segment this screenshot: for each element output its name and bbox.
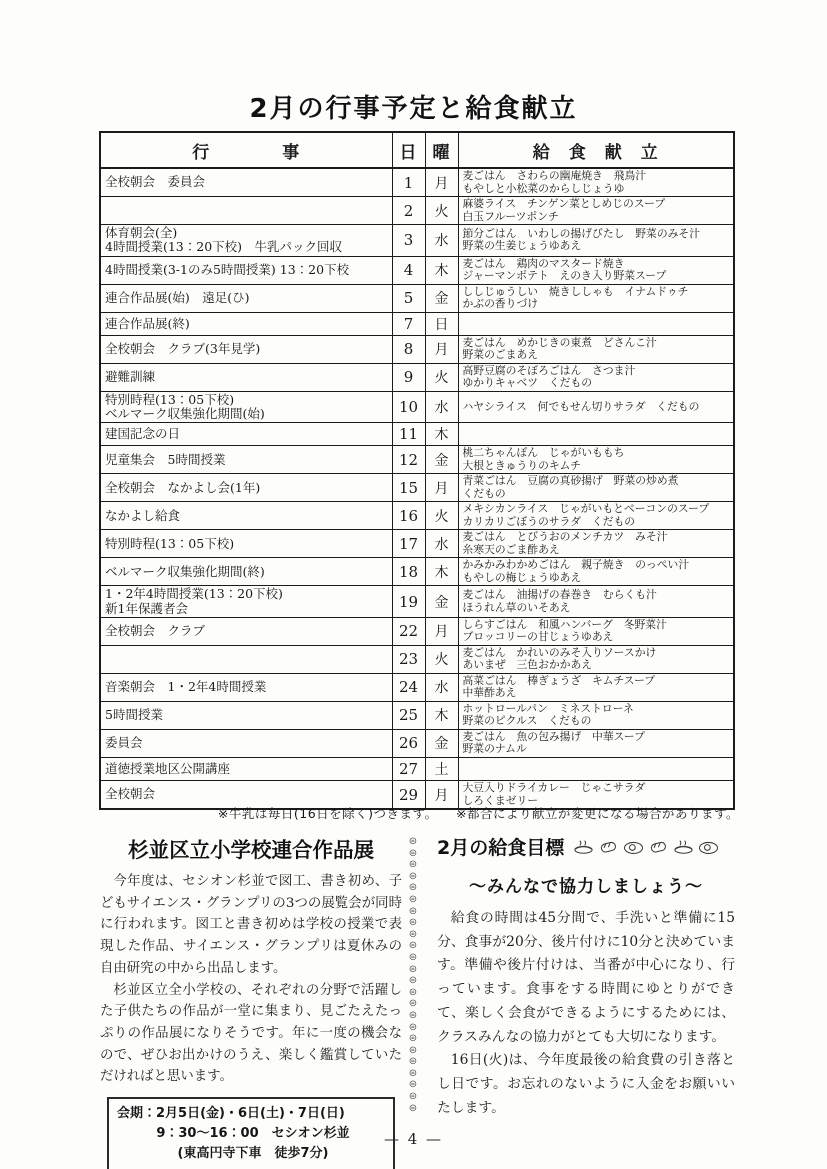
- day-cell: 24: [392, 673, 425, 701]
- table-row: 連合作品展(終)7日: [100, 312, 734, 335]
- weekday-cell: 火: [425, 645, 458, 673]
- lunch-goal-body: 給食の時間は45分間で、手洗いと準備に15分、食事が20分、後片付けに10分と決…: [437, 907, 735, 1120]
- event-cell: 全校朝会 クラブ: [100, 617, 392, 645]
- day-cell: 26: [392, 729, 425, 757]
- page-number: — 4 —: [0, 1130, 827, 1148]
- day-cell: 19: [392, 586, 425, 618]
- weekday-cell: 水: [425, 530, 458, 558]
- menu-cell: 麦ごはん めかじきの東煮 どさんこ汁野菜のごまあえ: [458, 335, 734, 363]
- menu-cell: かみかみわかめごはん 親子焼き のっぺい汁もやしの梅じょうゆあえ: [458, 558, 734, 586]
- weekday-cell: 月: [425, 474, 458, 502]
- table-row: 全校朝会 クラブ22月しらすごはん 和風ハンバーグ 冬野菜汁ブロッコリーの甘じょ…: [100, 617, 734, 645]
- croquette-icon: [647, 837, 670, 856]
- event-cell: 全校朝会 委員会: [100, 168, 392, 197]
- event-cell: 建国記念の日: [100, 423, 392, 446]
- menu-cell: [458, 423, 734, 446]
- lunch-goal-subtitle: ～みんなで協力しましょう～: [437, 872, 735, 897]
- table-row: なかよし給食16火メキシカンライス じゃがいもとベーコンのスープカリカリごぼうの…: [100, 502, 734, 530]
- event-cell: 体育朝会(全)4時間授業(13：20下校) 牛乳パック回収: [100, 225, 392, 257]
- menu-cell: しらすごはん 和風ハンバーグ 冬野菜汁ブロッコリーの甘じょうゆあえ: [458, 617, 734, 645]
- event-cell: 児童集会 5時間授業: [100, 446, 392, 474]
- weekday-cell: 火: [425, 363, 458, 391]
- event-cell: 特別時程(13：05下校): [100, 530, 392, 558]
- menu-cell: 節分ごはん いわしの揚げびたし 野菜のみそ汁野菜の生姜じょうゆあえ: [458, 225, 734, 257]
- event-cell: ベルマーク収集強化期間(終): [100, 558, 392, 586]
- day-cell: 11: [392, 423, 425, 446]
- day-cell: 17: [392, 530, 425, 558]
- menu-cell: [458, 312, 734, 335]
- weekday-cell: 水: [425, 673, 458, 701]
- table-header-row: 行 事 日 曜 給 食 献 立: [100, 132, 734, 168]
- table-row: 連合作品展(始) 遠足(ひ)5金ししじゅうしい 焼きししゃも イナムドゥチかぶの…: [100, 284, 734, 312]
- table-row: 避難訓練9火高野豆腐のそぼろごはん さつま汁ゆかりキャベツ くだもの: [100, 363, 734, 391]
- header-event: 行 事: [100, 132, 392, 168]
- lunch-goal-header: 2月の給食目標: [437, 833, 735, 860]
- weekday-cell: 火: [425, 197, 458, 225]
- section-divider: ⊜⊜⊜⊜⊜⊜⊜⊜⊜⊜⊜⊜⊜⊜⊜⊜⊜⊜⊜⊜⊜⊜⊜⊜: [404, 836, 422, 1116]
- day-cell: 9: [392, 363, 425, 391]
- table-row: 4時間授業(3-1のみ5時間授業) 13：20下校4木麦ごはん 鶏肉のマスタード…: [100, 256, 734, 284]
- menu-cell: 麦ごはん 魚の包み揚げ 中華スープ野菜のナムル: [458, 729, 734, 757]
- milk-note: ※牛乳は毎日(16日を除く)つきます。: [218, 806, 438, 821]
- event-cell: 避難訓練: [100, 363, 392, 391]
- table-row: 23火麦ごはん かれいのみそ入りソースかけあいまぜ 三色おかかあえ: [100, 645, 734, 673]
- table-row: ベルマーク収集強化期間(終)18木かみかみわかめごはん 親子焼き のっぺい汁もや…: [100, 558, 734, 586]
- weekday-cell: 木: [425, 423, 458, 446]
- newsletter-page: { "page": { "title": "2月の行事予定と給食献立", "no…: [0, 0, 827, 1169]
- table-row: 5時間授業25木ホットロールパン ミネストローネ野菜のピクルス くだもの: [100, 701, 734, 729]
- table-row: 1・2年4時間授業(13：20下校)新1年保護者会19金麦ごはん 油揚げの春巻き…: [100, 586, 734, 618]
- day-cell: 12: [392, 446, 425, 474]
- event-cell: 全校朝会 なかよし会(1年): [100, 474, 392, 502]
- menu-cell: 青菜ごはん 豆腐の真砂揚げ 野菜の炒め煮くだもの: [458, 474, 734, 502]
- day-cell: 4: [392, 256, 425, 284]
- table-row: 道徳授業地区公開講座27土: [100, 758, 734, 781]
- table-row: 音楽朝会 1・2年4時間授業24水高菜ごはん 棒ぎょうざ キムチスープ中華酢あえ: [100, 673, 734, 701]
- table-footnotes: ※牛乳は毎日(16日を除く)つきます。 ※都合により献立が変更になる場合がありま…: [99, 804, 739, 822]
- menu-cell: [458, 758, 734, 781]
- table-row: 全校朝会 委員会1月麦ごはん さわらの幽庵焼き 飛鳥汁もやしと小松菜のからしじょ…: [100, 168, 734, 197]
- event-cell: 連合作品展(始) 遠足(ひ): [100, 284, 392, 312]
- day-cell: 5: [392, 284, 425, 312]
- weekday-cell: 日: [425, 312, 458, 335]
- weekday-cell: 金: [425, 446, 458, 474]
- table-row: 2火麻婆ライス チンゲン菜としめじのスープ白玉フルーツポンチ: [100, 197, 734, 225]
- header-menu: 給 食 献 立: [458, 132, 734, 168]
- event-cell: 特別時程(13：05下校)ベルマーク収集強化期間(始): [100, 391, 392, 423]
- weekday-cell: 月: [425, 168, 458, 197]
- day-cell: 27: [392, 758, 425, 781]
- exhibition-paragraph: 杉並区立全小学校の、それぞれの分野で活躍した子供たちの作品が一堂に集まり、見ごた…: [100, 980, 402, 1089]
- day-cell: 22: [392, 617, 425, 645]
- weekday-cell: 木: [425, 256, 458, 284]
- table-row: 体育朝会(全)4時間授業(13：20下校) 牛乳パック回収3水節分ごはん いわし…: [100, 225, 734, 257]
- weekday-cell: 金: [425, 284, 458, 312]
- weekday-cell: 金: [425, 586, 458, 618]
- event-cell: 音楽朝会 1・2年4時間授業: [100, 673, 392, 701]
- day-cell: 15: [392, 474, 425, 502]
- weekday-cell: 月: [425, 335, 458, 363]
- menu-cell: 麦ごはん 鶏肉のマスタード焼きジャーマンポテト えのき入り野菜スープ: [458, 256, 734, 284]
- steam-dish-icon: [672, 837, 695, 856]
- schedule-table: 行 事 日 曜 給 食 献 立 全校朝会 委員会1月麦ごはん さわらの幽庵焼き …: [99, 131, 735, 810]
- day-cell: 23: [392, 645, 425, 673]
- event-cell: 4時間授業(3-1のみ5時間授業) 13：20下校: [100, 256, 392, 284]
- weekday-cell: 木: [425, 701, 458, 729]
- day-cell: 3: [392, 225, 425, 257]
- weekday-cell: 木: [425, 558, 458, 586]
- lunch-goal-title: 2月の給食目標: [437, 833, 564, 860]
- menu-cell: 麦ごはん かれいのみそ入りソースかけあいまぜ 三色おかかあえ: [458, 645, 734, 673]
- event-cell: [100, 197, 392, 225]
- table-row: 特別時程(13：05下校)ベルマーク収集強化期間(始)10水ハヤシライス 何でも…: [100, 391, 734, 423]
- lunch-goal-paragraph: 給食の時間は45分間で、手洗いと準備に15分、食事が20分、後片付けに10分と決…: [437, 907, 735, 1049]
- weekday-cell: 水: [425, 391, 458, 423]
- menu-cell: 高菜ごはん 棒ぎょうざ キムチスープ中華酢あえ: [458, 673, 734, 701]
- menu-cell: 麦ごはん 油揚げの春巻き むらくも汁ほうれん草のいそあえ: [458, 586, 734, 618]
- food-icons-row: [572, 837, 735, 856]
- header-weekday: 曜: [425, 132, 458, 168]
- weekday-cell: 水: [425, 225, 458, 257]
- event-cell: 連合作品展(終): [100, 312, 392, 335]
- day-cell: 16: [392, 502, 425, 530]
- menu-cell: 麦ごはん さわらの幽庵焼き 飛鳥汁もやしと小松菜のからしじょうゆ: [458, 168, 734, 197]
- table-row: 委員会26金麦ごはん 魚の包み揚げ 中華スープ野菜のナムル: [100, 729, 734, 757]
- exhibition-section: 杉並区立小学校連合作品展 今年度は、セシオン杉並で図工、書き初め、子どもサイエン…: [100, 833, 402, 1169]
- table-row: 特別時程(13：05下校)17水麦ごはん とびうおのメンチカツ みそ汁糸寒天のご…: [100, 530, 734, 558]
- event-cell: 全校朝会 クラブ(3年見学): [100, 335, 392, 363]
- page-title: 2月の行事予定と給食献立: [0, 88, 827, 125]
- menu-cell: 麻婆ライス チンゲン菜としめじのスープ白玉フルーツポンチ: [458, 197, 734, 225]
- event-cell: 委員会: [100, 729, 392, 757]
- day-cell: 25: [392, 701, 425, 729]
- menu-cell: ハヤシライス 何でもせん切りサラダ くだもの: [458, 391, 734, 423]
- menu-change-note: ※都合により献立が変更になる場合があります。: [456, 806, 739, 821]
- lunch-goal-paragraph: 16日(火)は、今年度最後の給食費の引き落とし日です。お忘れのないように入金をお…: [437, 1049, 735, 1120]
- event-cell: 道徳授業地区公開講座: [100, 758, 392, 781]
- day-cell: 1: [392, 168, 425, 197]
- weekday-cell: 月: [425, 617, 458, 645]
- fried-egg-icon: [697, 837, 720, 856]
- event-cell: [100, 645, 392, 673]
- day-cell: 2: [392, 197, 425, 225]
- header-day: 日: [392, 132, 425, 168]
- event-cell: なかよし給食: [100, 502, 392, 530]
- weekday-cell: 土: [425, 758, 458, 781]
- event-cell: 1・2年4時間授業(13：20下校)新1年保護者会: [100, 586, 392, 618]
- menu-cell: メキシカンライス じゃがいもとベーコンのスープカリカリごぼうのサラダ くだもの: [458, 502, 734, 530]
- table-row: 全校朝会 なかよし会(1年)15月青菜ごはん 豆腐の真砂揚げ 野菜の炒め煮くだも…: [100, 474, 734, 502]
- schedule-table-body: 全校朝会 委員会1月麦ごはん さわらの幽庵焼き 飛鳥汁もやしと小松菜のからしじょ…: [100, 168, 734, 809]
- croquette-icon: [597, 837, 620, 856]
- day-cell: 10: [392, 391, 425, 423]
- menu-cell: 高野豆腐のそぼろごはん さつま汁ゆかりキャベツ くだもの: [458, 363, 734, 391]
- fried-egg-icon: [622, 837, 645, 856]
- weekday-cell: 火: [425, 502, 458, 530]
- table-row: 全校朝会 クラブ(3年見学)8月麦ごはん めかじきの東煮 どさんこ汁野菜のごまあ…: [100, 335, 734, 363]
- menu-cell: 桃二ちゃんぽん じゃがいももち大根ときゅうりのキムチ: [458, 446, 734, 474]
- table-row: 児童集会 5時間授業12金桃二ちゃんぽん じゃがいももち大根ときゅうりのキムチ: [100, 446, 734, 474]
- steam-dish-icon: [572, 837, 595, 856]
- menu-cell: 麦ごはん とびうおのメンチカツ みそ汁糸寒天のごま酢あえ: [458, 530, 734, 558]
- day-cell: 18: [392, 558, 425, 586]
- weekday-cell: 金: [425, 729, 458, 757]
- day-cell: 7: [392, 312, 425, 335]
- exhibition-title: 杉並区立小学校連合作品展: [100, 833, 402, 863]
- exhibition-box-line: 会期：2月5日(金)・6日(土)・7日(日): [117, 1104, 389, 1124]
- lunch-goal-section: 2月の給食目標 ～みんなで協力しましょう～ 給食の時間は45分間で、手洗いと準備…: [437, 833, 735, 1120]
- table-row: 建国記念の日11木: [100, 423, 734, 446]
- day-cell: 8: [392, 335, 425, 363]
- event-cell: 5時間授業: [100, 701, 392, 729]
- menu-cell: ホットロールパン ミネストローネ野菜のピクルス くだもの: [458, 701, 734, 729]
- menu-cell: ししじゅうしい 焼きししゃも イナムドゥチかぶの香りづけ: [458, 284, 734, 312]
- exhibition-body: 今年度は、セシオン杉並で図工、書き初め、子どもサイエンス・グランプリの3つの展覧…: [100, 871, 402, 1088]
- exhibition-paragraph: 今年度は、セシオン杉並で図工、書き初め、子どもサイエンス・グランプリの3つの展覧…: [100, 871, 402, 980]
